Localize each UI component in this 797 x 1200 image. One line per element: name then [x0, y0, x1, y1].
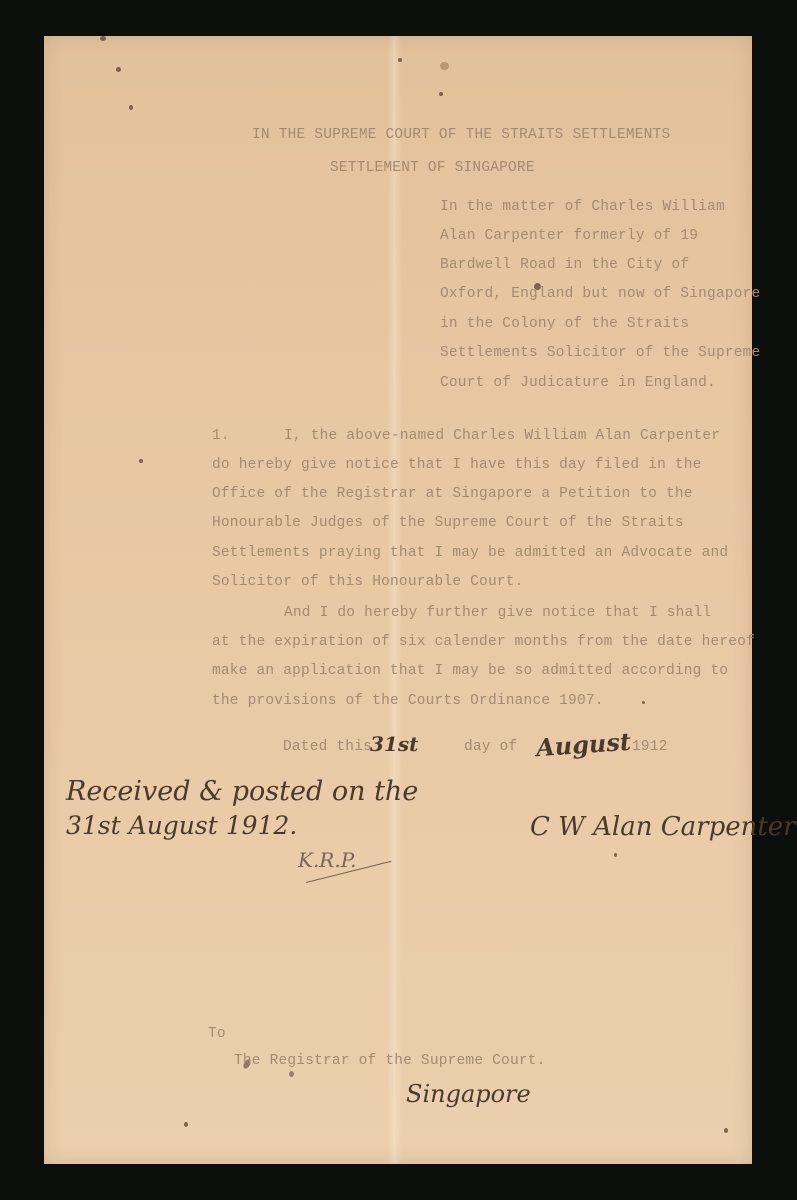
paragraph-line: the provisions of the Courts Ordinance 1…	[212, 693, 604, 709]
paragraph-line: Office of the Registrar at Singapore a P…	[212, 486, 693, 502]
stain-spot	[440, 62, 449, 70]
court-heading: IN THE SUPREME COURT OF THE STRAITS SETT…	[252, 127, 670, 143]
paragraph-line: do hereby give notice that I have this d…	[212, 457, 702, 473]
matter-line: Settlements Solicitor of the Supreme	[440, 345, 760, 361]
stain-spot	[129, 105, 133, 110]
paragraph-number: 1.	[212, 428, 230, 444]
paragraph-line: And I do hereby further give notice that…	[284, 605, 711, 621]
stain-spot	[614, 853, 617, 857]
settlement-heading: SETTLEMENT OF SINGAPORE	[330, 160, 535, 176]
paragraph-line: at the expiration of six calender months…	[212, 634, 755, 650]
received-initials: K.R.P.	[298, 848, 356, 872]
dated-year: 1912	[632, 739, 668, 755]
stain-spot	[439, 92, 443, 96]
stain-spot	[139, 459, 143, 463]
paragraph-line: make an application that I may be so adm…	[212, 663, 728, 679]
matter-line: Alan Carpenter formerly of 19	[440, 228, 698, 244]
matter-line: Oxford, England but now of Singapore	[440, 286, 760, 302]
addressee-place-handwritten: Singapore	[406, 1080, 531, 1108]
dated-month-handwritten: August	[535, 727, 632, 763]
paragraph-line: Honourable Judges of the Supreme Court o…	[212, 515, 684, 531]
matter-line: in the Colony of the Straits	[440, 316, 689, 332]
paragraph-line: Settlements praying that I may be admitt…	[212, 545, 728, 561]
dated-day-handwritten: 31st	[370, 732, 418, 756]
signature: C W Alan Carpenter	[530, 812, 796, 842]
document-scan: IN THE SUPREME COURT OF THE STRAITS SETT…	[0, 0, 797, 1200]
paper-sheet: IN THE SUPREME COURT OF THE STRAITS SETT…	[44, 36, 752, 1164]
dated-prefix: Dated this	[283, 739, 372, 755]
addressee-to: To	[208, 1026, 226, 1042]
paragraph-line: Solicitor of this Honourable Court.	[212, 574, 524, 590]
paragraph-line: I, the above-named Charles William Alan …	[284, 428, 720, 444]
dated-middle: day of	[464, 739, 517, 755]
received-note-line: Received & posted on the	[66, 776, 418, 807]
received-note-line: 31st August 1912.	[66, 811, 297, 840]
stain-spot	[642, 701, 645, 704]
matter-line: Court of Judicature in England.	[440, 375, 716, 391]
stain-spot	[116, 67, 121, 72]
stain-spot	[724, 1128, 728, 1133]
stain-spot	[100, 36, 106, 41]
stain-spot	[289, 1071, 294, 1077]
matter-line: Bardwell Road in the City of	[440, 257, 689, 273]
addressee-recipient: The Registrar of the Supreme Court.	[234, 1053, 546, 1069]
matter-line: In the matter of Charles William	[440, 199, 725, 215]
stain-spot	[184, 1122, 188, 1127]
stain-spot	[398, 58, 402, 62]
